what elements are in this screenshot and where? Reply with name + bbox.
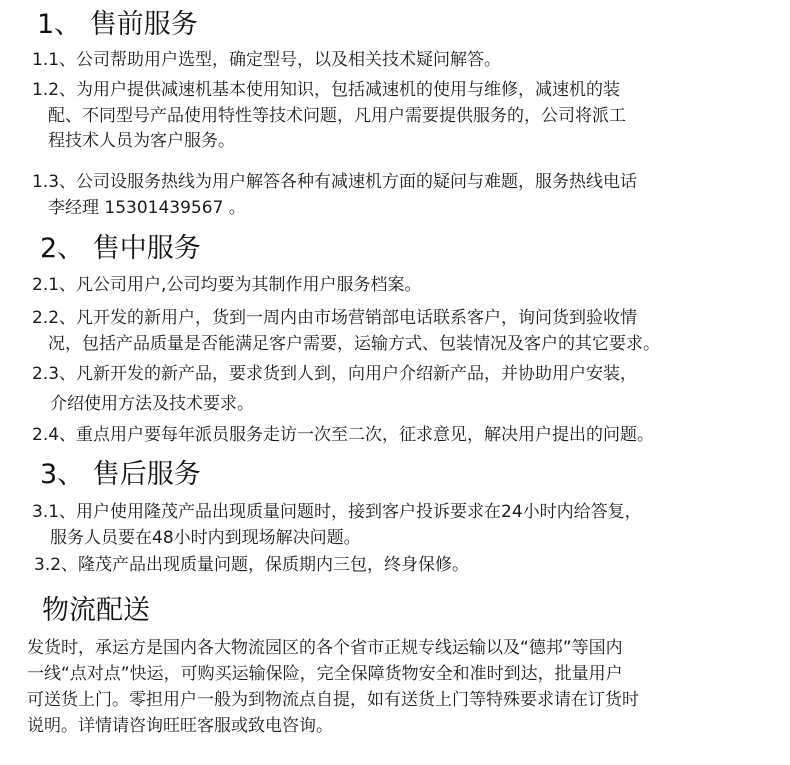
item-2-2-line-2: 况，包括产品质量是否能满足客户需要，运输方式、包装情况及客户的其它要求。 — [48, 332, 660, 356]
section-heading-in-sales: 2、 售中服务 — [40, 232, 201, 266]
item-3-1-line-1: 3.1、用户使用隆茂产品出现质量问题时，接到客户投诉要求在24小时内给答复， — [32, 500, 642, 524]
logistics-line-2: 一线“点对点”快运，可购买运输保险，完全保障货物安全和准时到达，批量用户 — [27, 662, 623, 686]
item-1-2-line-2: 配、不同型号产品使用特性等技术问题，凡用户需要提供服务的，公司将派工 — [48, 104, 626, 128]
item-1-2-line-1: 1.2、为用户提供减速机基本使用知识，包括减速机的使用与维修，减速机的装 — [32, 78, 620, 102]
section-heading-pre-sales: 1、 售前服务 — [37, 8, 198, 42]
item-1-3-line-2: 李经理 15301439567 。 — [48, 196, 246, 220]
item-2-3-line-1: 2.3、凡新开发的新产品，要求货到人到，向用户介绍新产品，并协助用户安装， — [32, 362, 637, 386]
item-2-3-line-2: 介绍使用方法及技术要求。 — [50, 392, 254, 416]
item-1-2-line-3: 程技术人员为客户服务。 — [48, 129, 235, 153]
item-3-2: 3.2、隆茂产品出现质量问题，保质期内三包，终身保修。 — [34, 553, 469, 577]
logistics-line-4: 说明。详情请咨询旺旺客服或致电咨询。 — [27, 714, 333, 738]
item-2-4: 2.4、重点用户要每年派员服务走访一次至二次，征求意见，解决用户提出的问题。 — [32, 423, 654, 447]
logistics-line-1: 发货时，承运方是国内各大物流园区的各个省市正规专线运输以及“德邦”等国内 — [27, 636, 623, 660]
item-1-1: 1.1、公司帮助用户选型，确定型号，以及相关技术疑问解答。 — [32, 48, 501, 72]
item-2-2-line-1: 2.2、凡开发的新用户，货到一周内由市场营销部电话联系客户，询问货到验收情 — [32, 306, 637, 330]
section-heading-logistics: 物流配送 — [42, 594, 150, 628]
item-3-1-line-2: 服务人员要在48小时内到现场解决问题。 — [50, 526, 361, 550]
section-heading-after-sales: 3、 售后服务 — [40, 458, 201, 492]
item-2-1: 2.1、凡公司用户,公司均要为其制作用户服务档案。 — [32, 273, 421, 297]
item-1-3-line-1: 1.3、公司设服务热线为用户解答各种有减速机方面的疑问与难题，服务热线电话 — [32, 170, 637, 194]
logistics-line-3: 可送货上门。零担用户一般为到物流点自提，如有送货上门等特殊要求请在订货时 — [27, 688, 639, 712]
